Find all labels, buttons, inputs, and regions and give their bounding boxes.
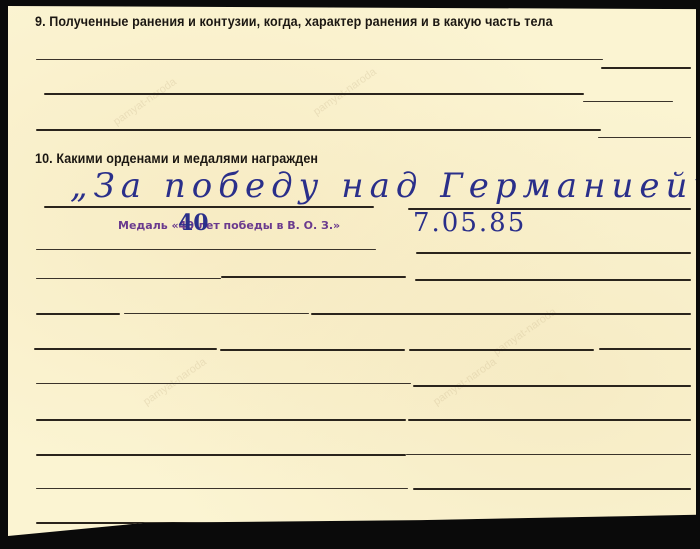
watermark: pamyat-naroda: [141, 356, 209, 408]
answer-line: [44, 206, 374, 208]
answer-line: [36, 488, 408, 489]
answer-line: [36, 59, 603, 60]
answer-line: [36, 249, 376, 250]
answer-line: [415, 279, 691, 281]
medal-stamp: Медаль «40 лет победы в В. О. З.»: [118, 219, 340, 232]
question-9-label: 9. Полученные ранения и контузии, когда,…: [35, 14, 553, 29]
answer-line: [413, 488, 691, 490]
watermark: pamyat-naroda: [431, 356, 499, 408]
document-page: pamyat-naroda pamyat-naroda pamyat-narod…: [8, 6, 696, 536]
answer-line: [221, 276, 406, 278]
answer-line: [36, 419, 406, 421]
answer-line: [220, 349, 405, 351]
answer-line: [601, 67, 691, 69]
answer-line: [599, 348, 691, 350]
answer-line: [408, 419, 691, 421]
handwritten-date: 7.05.85: [413, 208, 526, 238]
answer-line: [583, 101, 673, 102]
answer-line: [409, 349, 594, 351]
question-10-label: 10. Какими орденами и медалями награжден: [35, 151, 318, 166]
answer-line: [598, 137, 691, 138]
answer-line: [36, 278, 221, 279]
answer-line: [36, 383, 411, 384]
answer-line: [36, 522, 406, 524]
answer-line: [413, 522, 691, 524]
handwritten-40-overwrite: 40: [178, 210, 209, 236]
answer-line: [413, 385, 691, 387]
answer-line: [44, 93, 584, 95]
answer-line: [311, 313, 691, 315]
watermark: pamyat-naroda: [111, 76, 179, 128]
answer-line: [416, 252, 691, 254]
answer-line: [406, 454, 691, 455]
handwritten-award: „За победу над Германией”: [70, 166, 700, 206]
answer-line: [124, 313, 309, 314]
watermark: pamyat-naroda: [311, 66, 379, 118]
answer-line: [36, 313, 120, 315]
answer-line: [34, 348, 217, 350]
answer-line: [36, 454, 406, 456]
answer-line: [36, 129, 601, 131]
